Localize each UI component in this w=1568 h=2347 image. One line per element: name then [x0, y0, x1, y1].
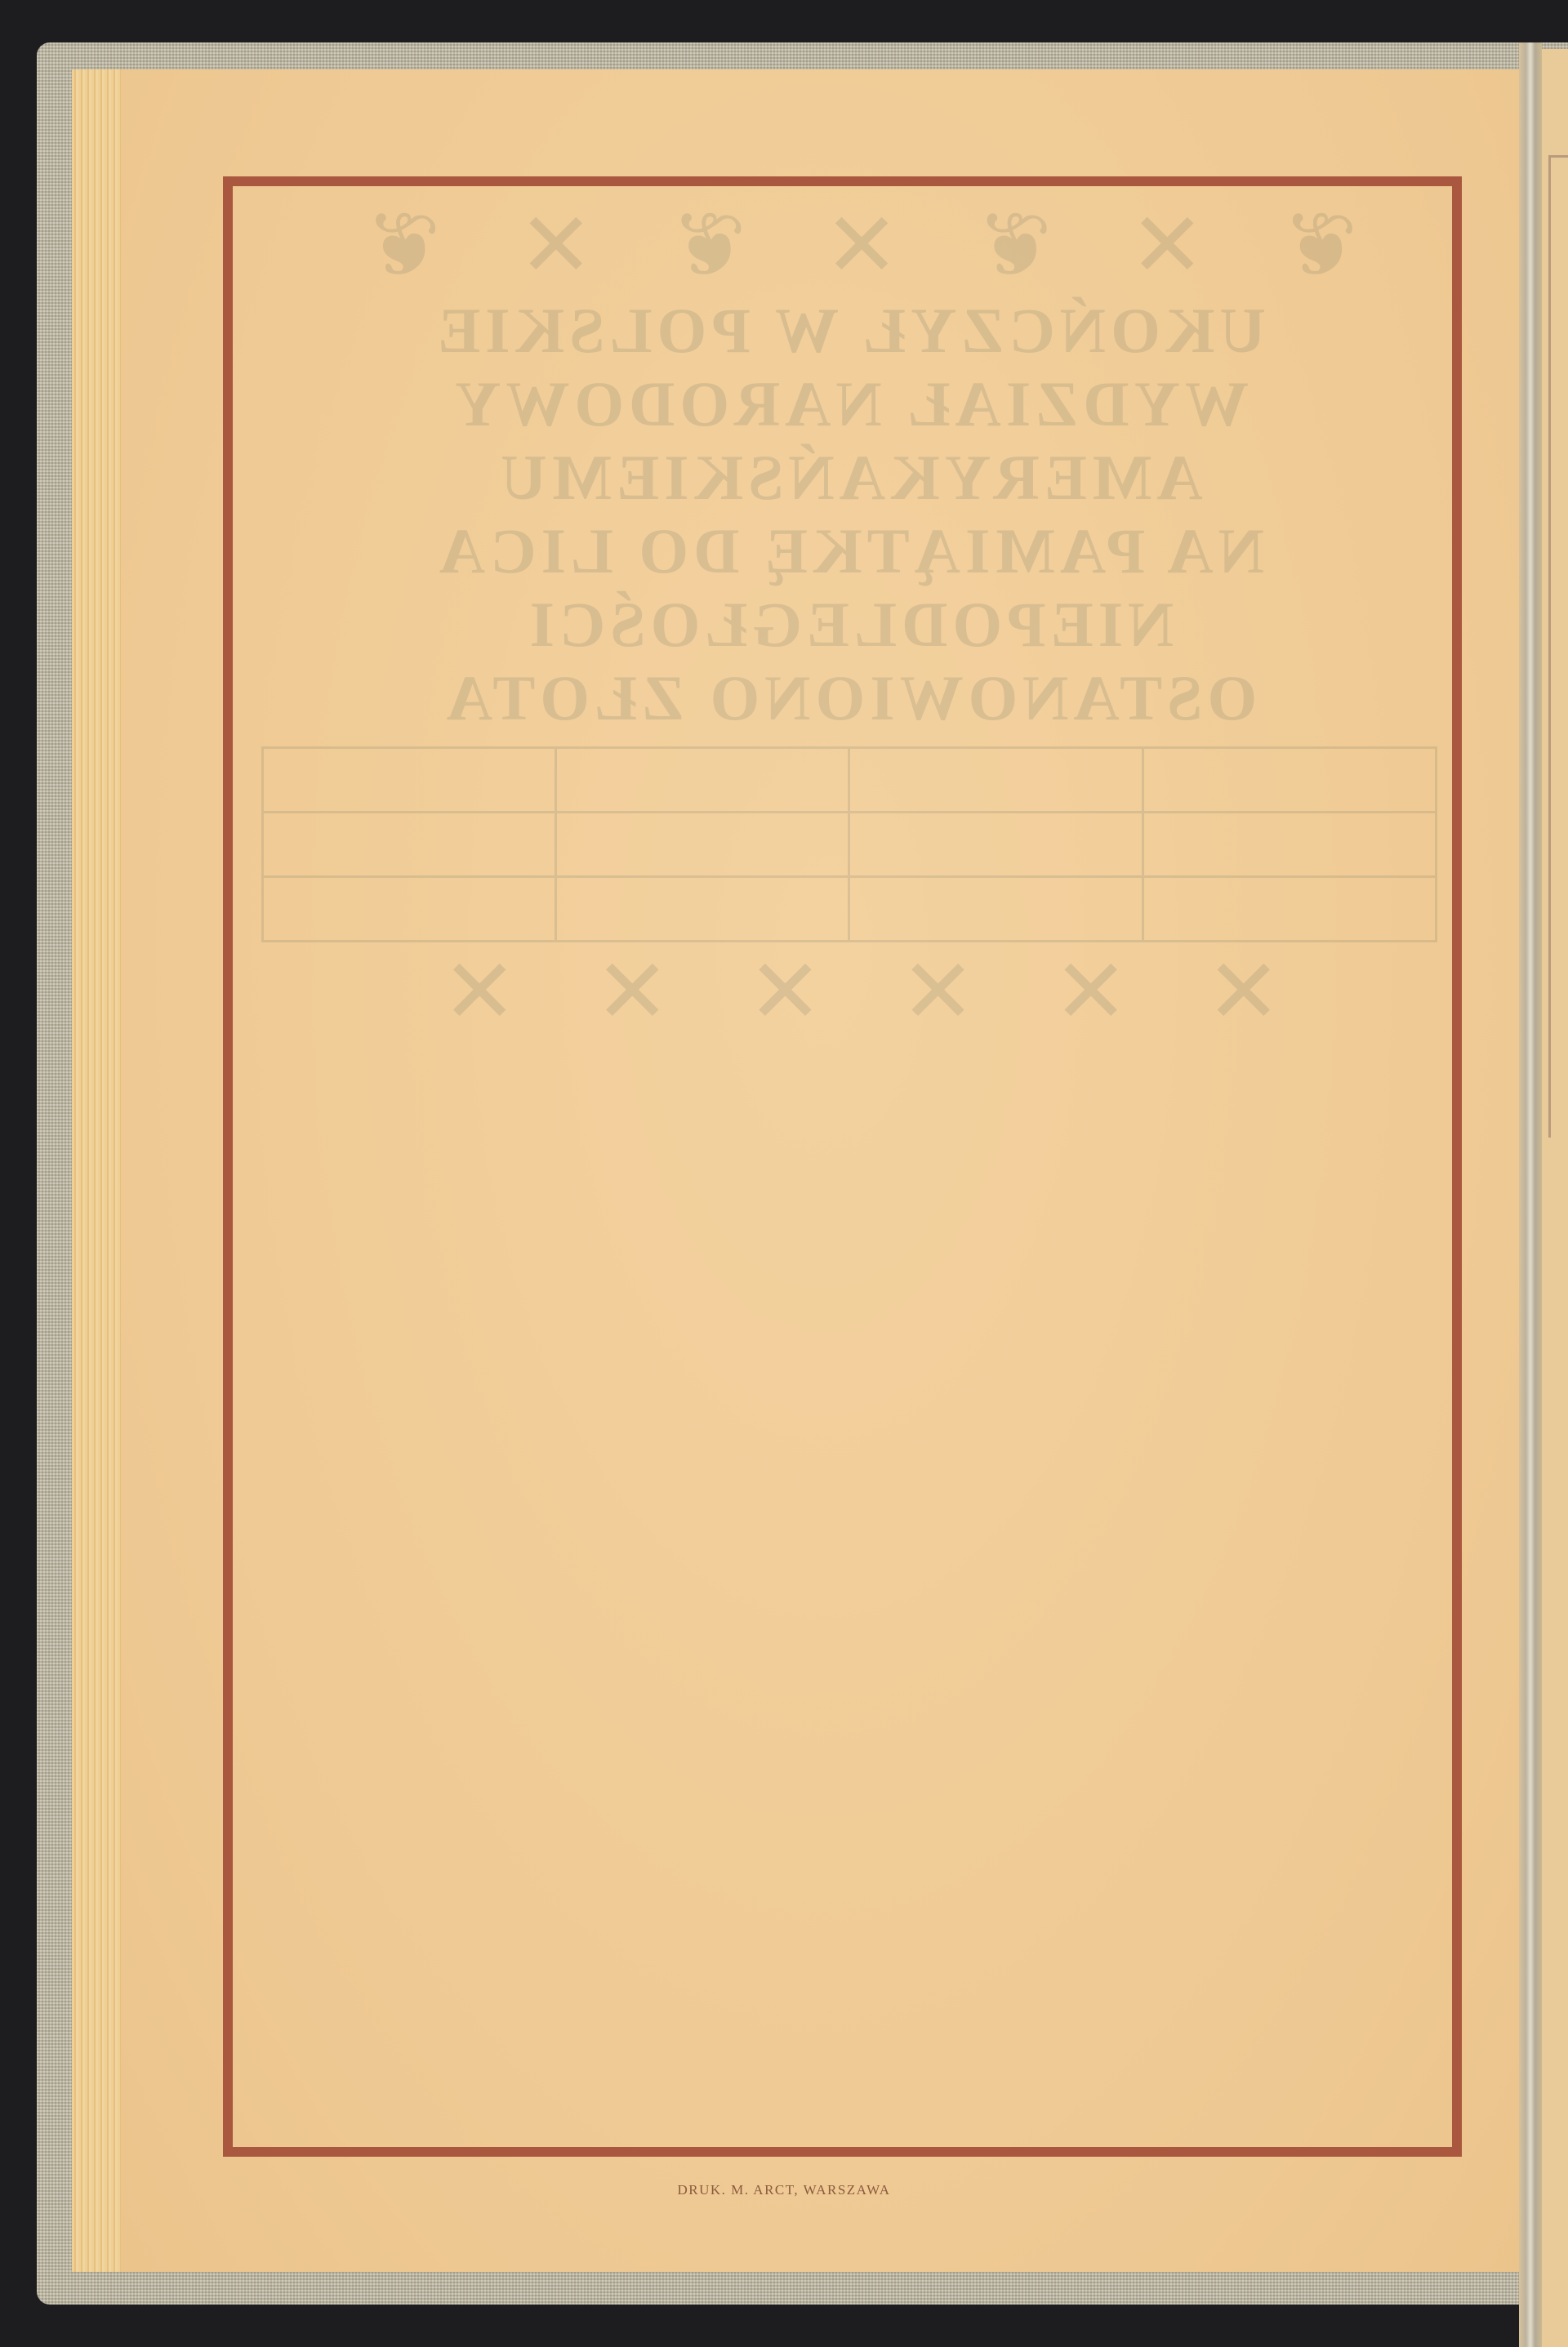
adjacent-page	[1542, 49, 1568, 2347]
book-gutter	[1519, 42, 1542, 2347]
adjacent-page-frame	[1548, 155, 1568, 1138]
printer-imprint: DRUK. M. ARCT, WARSZAWA	[0, 2182, 1568, 2198]
red-frame-border	[223, 176, 1462, 2157]
page-edges	[72, 69, 121, 2272]
